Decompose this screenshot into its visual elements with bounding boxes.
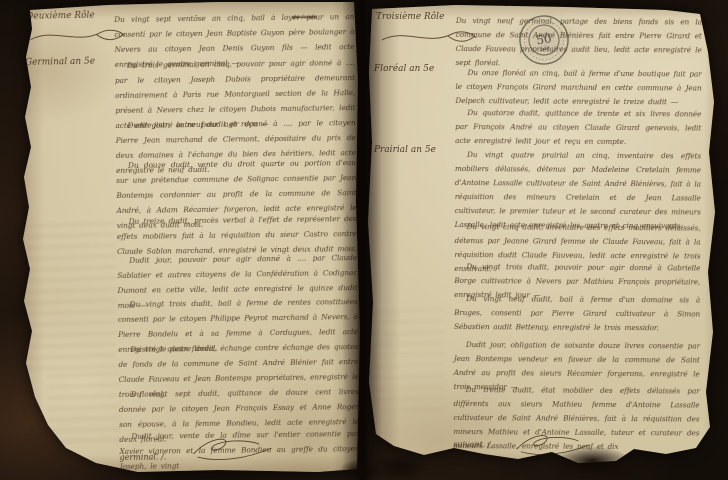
register-entry: Du vingt quatre prairial an cinq, invent… <box>455 148 702 234</box>
register-entry: Du onze floréal an cinq, bail à ferme d'… <box>455 66 701 110</box>
register-entry: Du vingt cinq dudit, inventaire des effe… <box>454 220 700 278</box>
register-entry: Du vingt quatre dudit, échange contre éc… <box>118 339 359 402</box>
margin-flourish <box>380 28 480 46</box>
register-entry: Du vingt sept dudit, quittance de douze … <box>119 384 360 447</box>
margin-note-floreal: Floréal an 5e <box>374 64 434 74</box>
entry-tail-word: suivant. /. <box>453 440 493 449</box>
register-entry: Dudit jour, pouvoir pour agir donné à ..… <box>117 250 358 313</box>
manuscript-scan: Deuxième Rôle Germinal an 5e Du vingt se… <box>0 0 728 480</box>
left-page: Deuxième Rôle Germinal an 5e Du vingt se… <box>18 1 362 479</box>
margin-note-troisieme-role: Troisième Rôle <box>376 12 444 22</box>
right-page-text: Du vingt neuf germinal, partage des bien… <box>456 2 702 4</box>
register-entry: Dudit jour, autre pour agir donné à ....… <box>115 115 356 178</box>
bleedthrough-text-patch <box>48 366 120 444</box>
register-entry: Du quatorze dudit, quittance de trente e… <box>455 106 701 150</box>
left-margin-column: Deuxième Rôle Germinal an 5e <box>24 0 120 2</box>
margin-note-deuxieme-role: Deuxième Rôle <box>26 11 95 22</box>
left-page-text: Du vingt sept ventôse an cinq, bail à lo… <box>114 0 354 1</box>
register-entry: Dudit jour, obligation de soixante douze… <box>454 338 700 396</box>
register-entry: Du vingt trois dudit, bail à ferme de re… <box>118 294 359 357</box>
register-entry: Du trente dudit, état mobilier des effet… <box>453 383 699 455</box>
signature-paraph <box>513 430 593 456</box>
right-paper-sheet: Troisième Rôle Floréal an 5e Prairial an… <box>366 2 726 478</box>
revenue-stamp-50-centimes: 50 cent. <box>514 10 573 69</box>
entry-tail-word: germinal. /. <box>120 452 167 462</box>
left-paper-sheet: Deuxième Rôle Germinal an 5e Du vingt se… <box>18 1 362 479</box>
right-page: Troisième Rôle Floréal an 5e Prairial an… <box>366 2 726 478</box>
margin-note-prairial: Prairial an 5e <box>374 145 436 155</box>
register-entry: Du vingt sept ventôse an cinq, bail à lo… <box>114 9 355 72</box>
register-entry: Dudit jour, vente de la dîme sur l'entie… <box>119 426 360 474</box>
margin-note-germinal: Germinal an 5e <box>25 57 95 68</box>
margin-flourish <box>28 26 128 46</box>
register-entry: Du vingt neuf dudit, bail à ferme d'un d… <box>454 292 700 336</box>
register-entry: Du vingt trois dudit, pouvoir pour agir … <box>454 260 700 304</box>
register-entry: Du vingt neuf germinal, partage des bien… <box>456 14 702 72</box>
bleedthrough-text-patch <box>374 302 444 412</box>
signature-paraph <box>189 433 275 462</box>
register-entry: Du douze dudit, vente du droit quarte ou… <box>116 155 357 233</box>
register-entry: Du treize dudit, procès verbal à l'effet… <box>117 211 358 259</box>
stamp-value: 50 <box>535 31 552 47</box>
bleedthrough-text-patch <box>28 216 116 376</box>
binding-gutter-shadow <box>342 0 382 480</box>
interline-correction: du fonds <box>292 15 317 21</box>
register-entry: Du trois germinal an cinq, pouvoir pour … <box>115 55 356 133</box>
